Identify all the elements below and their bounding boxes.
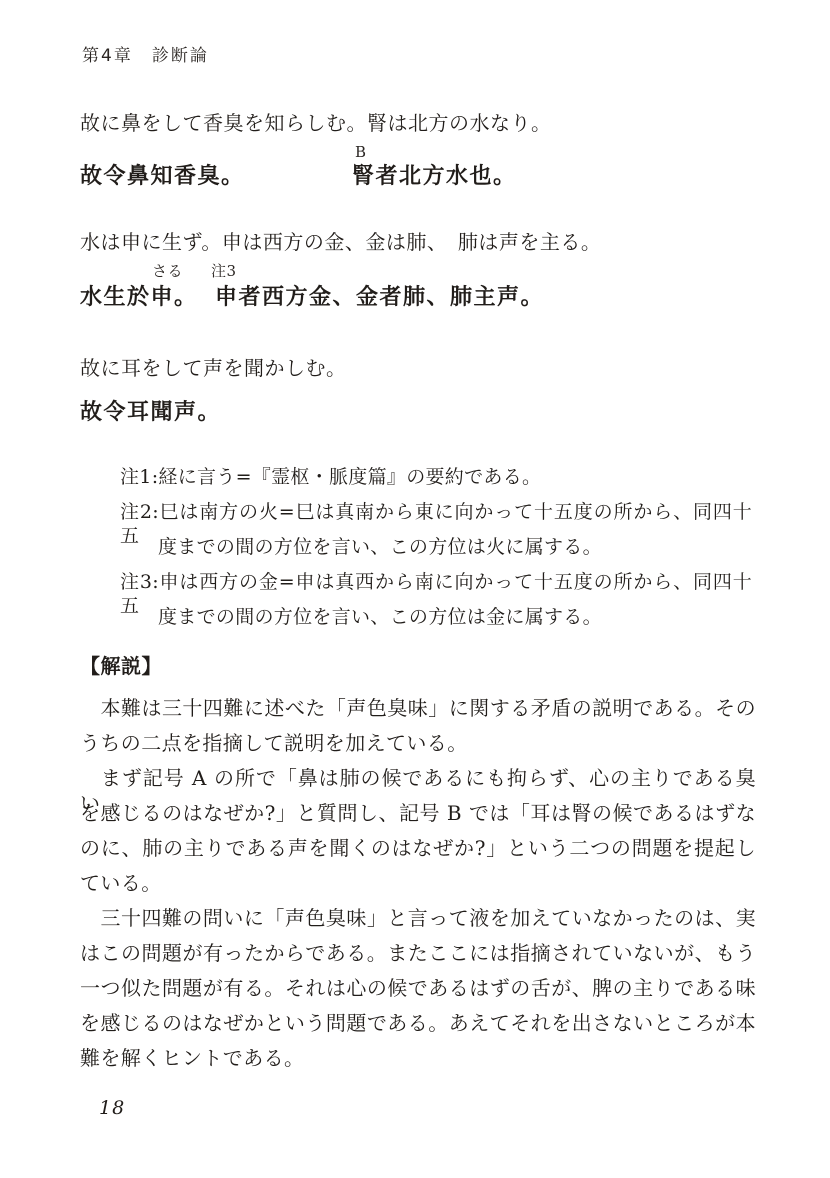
kanbun-block2-text-left: 水生於申。 [80,284,198,312]
commentary-line: 本難は三十四難に述べた「声色臭味」に関する矛盾の説明である。その [80,696,756,721]
kanbun-block3-text: 故令耳聞声。 [80,399,221,427]
kanbun-block2-reading: 水は申に生ず。申は西方の金、金は肺、 肺は声を主る。 [80,230,601,255]
kanbun-block1-text-left: 故令鼻知香臭。 [80,163,245,191]
commentary-line: を感じるのはなぜか?」と質問し、記号 B では「耳は腎の候であるはずな [80,801,756,826]
note-2-line-2: 度までの間の方位を言い、この方位は火に属する。 [158,536,602,560]
kanbun-block3-reading: 故に耳をして声を聞かしむ。 [80,356,347,381]
chapter-header: 第4章 診断論 [82,46,209,67]
commentary-line: 難を解くヒントである。 [80,1046,304,1071]
note-3-line-2: 度までの間の方位を言い、この方位は金に属する。 [158,606,602,630]
commentary-line: 三十四難の問いに「声色臭味」と言って液を加えていなかったのは、実 [80,906,756,931]
document-page: 第4章 診断論 故に鼻をして香臭を知らしむ。腎は北方の水なり。 B 故令鼻知香臭… [0,0,830,1178]
commentary-heading: 【解説】 [80,654,162,679]
page-number: 18 [99,1097,125,1121]
commentary-line: うちの二点を指摘して説明を加えている。 [80,731,468,756]
kanbun-block1-marker-b: B [355,143,367,162]
commentary-line: ている。 [80,871,162,896]
commentary-line: のに、肺の主りである声を聞くのはなぜか?」という二つの問題を提起し [80,836,756,861]
kanbun-block2-text-right: 申者西方金、金者肺、肺主声。 [215,284,544,312]
commentary-line: を感じるのはなぜかという問題である。あえてそれを出さないところが本 [80,1011,756,1036]
kanbun-block2-note-ref: 注3 [211,262,237,281]
kanbun-block2-furigana: さる [152,262,183,281]
kanbun-block1-text-right: 腎者北方水也。 [352,163,517,191]
commentary-line: はこの問題が有ったからである。またここには指摘されていないが、もう [80,941,756,966]
note-1: 注1:経に言う=『霊枢・脈度篇』の要約である。 [120,466,541,490]
commentary-line: 一つ似た問題が有る。それは心の候であるはずの舌が、脾の主りである味 [80,976,756,1001]
kanbun-block1-reading: 故に鼻をして香臭を知らしむ。腎は北方の水なり。 [80,111,552,136]
